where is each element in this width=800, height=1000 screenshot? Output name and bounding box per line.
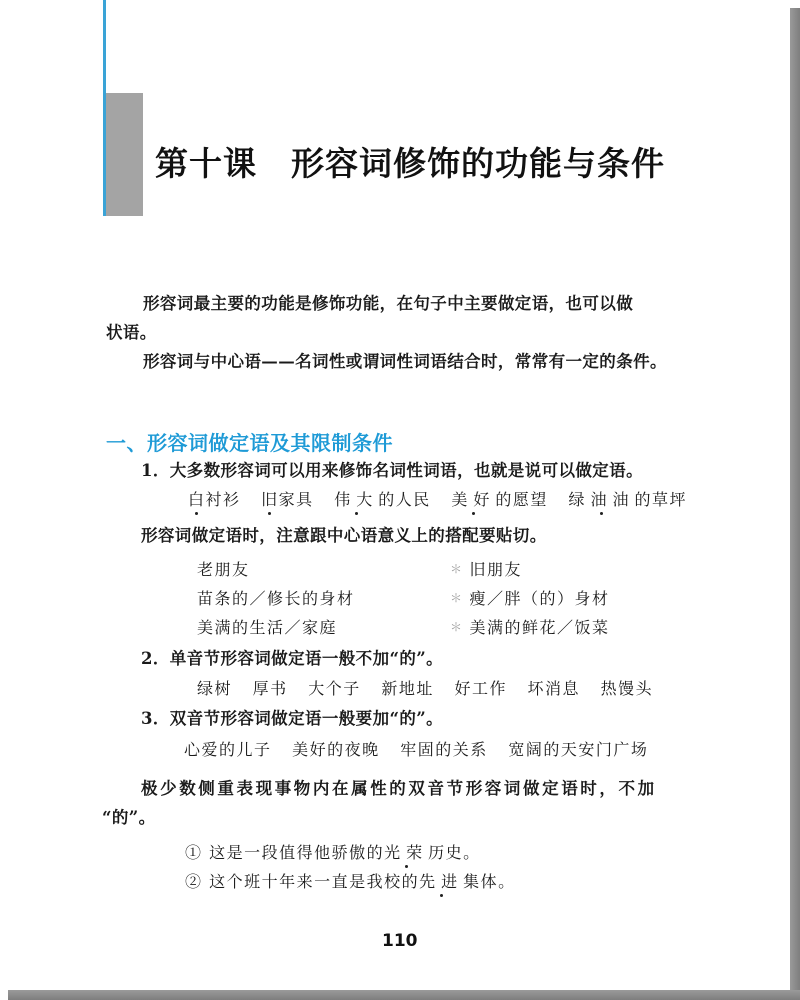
example-sentence-2: ② 这个班十年来一直是我校的先进集体。: [185, 874, 516, 890]
example-item: 新地址: [381, 679, 434, 698]
example-item: 心爱的儿子: [184, 740, 272, 759]
section-heading: 一、形容词做定语及其限制条件: [106, 427, 393, 456]
comparison-incorrect-3: ＊美满的鲜花／饭菜: [450, 615, 610, 638]
intro-paragraph-1-line-2: 状语。: [106, 325, 157, 342]
example-item: 绿油油的草坪: [569, 490, 688, 509]
example-item: 好工作: [454, 679, 507, 698]
textbook-page: 第十课形容词修饰的功能与条件 形容词最主要的功能是修饰功能，在句子中主要做定语，…: [0, 0, 790, 990]
emphasized-text: 旧: [261, 492, 279, 508]
emphasized-text: 伟大: [334, 492, 378, 508]
emphasized-text: 白: [188, 492, 206, 508]
example-item: 美好的夜晚: [292, 740, 380, 759]
point-2: 2．单音节形容词做定语一般不加“的”。: [141, 651, 443, 668]
intro-paragraph-1-line-1: 形容词最主要的功能是修饰功能，在句子中主要做定语，也可以做: [143, 296, 633, 313]
comparison-correct-3: 美满的生活／家庭: [197, 615, 337, 638]
example-item: 厚书: [253, 679, 288, 698]
comparison-correct-1: 老朋友: [197, 557, 250, 580]
example-item: 大个子: [308, 679, 361, 698]
lesson-title: 第十课形容词修饰的功能与条件: [155, 138, 665, 185]
title-accent-block: [106, 93, 143, 216]
point-1: 1．大多数形容词可以用来修饰名词性词语，也就是说可以做定语。: [141, 463, 643, 480]
example-item: 伟大的人民: [334, 490, 431, 509]
emphasized-text: 光荣: [384, 845, 428, 861]
example-item: 绿树: [197, 679, 232, 698]
page-shadow-right: [790, 8, 800, 1000]
comparison-incorrect-1: ＊旧朋友: [450, 557, 522, 580]
point-3: 3．双音节形容词做定语一般要加“的”。: [141, 711, 443, 728]
lesson-number: 第十课: [155, 144, 257, 183]
intro-paragraph-2: 形容词与中心语——名词性或谓词性词语结合时，常常有一定的条件。: [143, 354, 667, 371]
page-number: 110: [382, 931, 418, 951]
exception-note-line-2: “的”。: [102, 810, 156, 827]
example-item: 热馒头: [601, 679, 654, 698]
asterisk-marker: ＊: [450, 620, 464, 634]
asterisk-marker: ＊: [450, 562, 464, 576]
comparison-correct-2: 苗条的／修长的身材: [197, 586, 355, 609]
page-shadow-bottom: [8, 990, 800, 1000]
example-item: 牢固的关系: [400, 740, 488, 759]
example-sentence-1: ① 这是一段值得他骄傲的光荣历史。: [185, 845, 481, 861]
emphasized-text: 绿油油: [569, 492, 635, 508]
comparison-incorrect-2: ＊瘦／胖（的）身材: [450, 586, 610, 609]
emphasized-text: 美好: [451, 492, 495, 508]
collocation-note: 形容词做定语时，注意跟中心语意义上的搭配要贴切。: [141, 528, 547, 545]
asterisk-marker: ＊: [450, 591, 464, 605]
point-3-examples: 心爱的儿子 美好的夜晚 牢固的关系 宽阔的天安门广场: [184, 742, 662, 758]
example-item: 坏消息: [528, 679, 581, 698]
exception-note-line-1: 极少数侧重表现事物内在属性的双音节形容词做定语时，不加: [141, 781, 657, 798]
emphasized-text: 先进: [419, 874, 463, 890]
example-item: 白衬衫: [188, 490, 241, 509]
point-2-examples: 绿树 厚书 大个子 新地址 好工作 坏消息 热馒头: [197, 681, 667, 697]
example-item: 宽阔的天安门广场: [508, 740, 648, 759]
example-item: 美好的愿望: [451, 490, 548, 509]
point-1-examples: 白衬衫 旧家具 伟大的人民 美好的愿望 绿油油的草坪: [188, 492, 701, 508]
lesson-name: 形容词修饰的功能与条件: [291, 144, 665, 183]
example-item: 旧家具: [261, 490, 314, 509]
